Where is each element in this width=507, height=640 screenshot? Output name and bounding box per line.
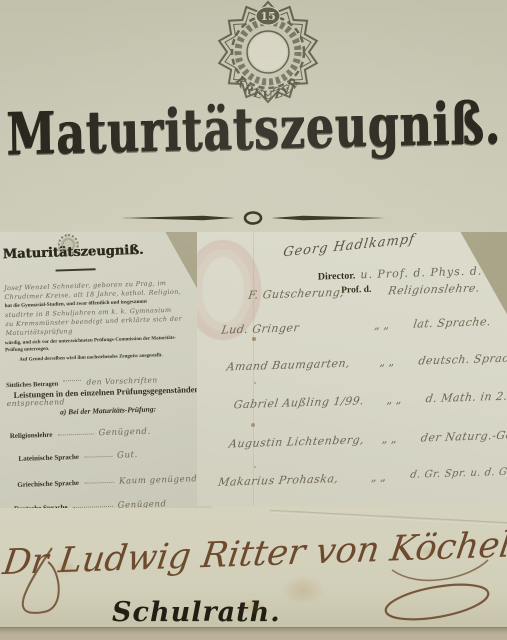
professor-name: Amand Baumgarten,	[226, 356, 356, 373]
signature-row: F. Gutscherung, Prof. d. Religionslehre.	[248, 282, 480, 302]
director-signature: Georg Hadlkampf	[282, 232, 416, 261]
divider-ornament-icon	[103, 205, 403, 231]
subject-row: Lateinische Sprache Gut.	[4, 440, 214, 466]
dotted-leader	[72, 500, 112, 508]
director-line: Director. u. Prof. d. Phys. d.	[317, 259, 482, 283]
taught-subject: Religionslehre.	[387, 281, 480, 297]
taught-subject: deutsch. Sprache.	[418, 351, 507, 367]
dotted-leader	[84, 476, 114, 484]
signature-row: Gabriel Außling 1/99. „ „ d. Math. in 2.…	[234, 389, 507, 412]
koechel-signature: Dr Ludwig Ritter von Köchel	[0, 526, 505, 584]
ditto-marks: „ „	[367, 432, 411, 446]
taught-subject: lat. Sprache.	[412, 315, 491, 331]
subject-label: Deutsche Sprache	[14, 503, 68, 513]
dotted-leader	[57, 427, 93, 435]
dotted-leader	[63, 380, 81, 382]
document-photo: 15 KREUZER Maturitätszeugniß. Maturitäts…	[0, 0, 507, 640]
director-label: Director.	[318, 270, 356, 282]
revenue-stamp-icon: 15 KREUZER	[203, 0, 333, 106]
subject-grade: Gut.	[117, 450, 138, 461]
stain	[280, 575, 326, 605]
subject-row: Griechische Sprache Kaum genügend	[5, 466, 215, 492]
taught-subject: d. Gr. Spr. u. d. Gesch. u. Geog.	[409, 464, 507, 483]
professor-name: Augustin Lichtenberg,	[228, 433, 358, 450]
subject-label: Lateinische Sprache	[18, 453, 79, 463]
paper-crease	[270, 510, 507, 526]
professor-name: F. Gutscherung,	[247, 286, 325, 301]
director-note: u. Prof. d. Phys. d.	[360, 264, 482, 281]
ditto-marks: „ „	[372, 393, 416, 407]
taught-subject: der Naturg.-Gesch.	[420, 428, 507, 445]
subject-label: Griechische Sprache	[17, 479, 79, 489]
inset-signatures-page: Georg Hadlkampf Director. u. Prof. d. Ph…	[197, 232, 507, 506]
ditto-marks: „ „	[359, 318, 403, 332]
taught-subject: d. Math. in 2.7. Kl.	[425, 389, 507, 406]
subject-label: Religionslehre	[10, 431, 53, 440]
subject-row: Deutsche Sprache Genügend	[6, 490, 216, 516]
paper-bottom-edge	[0, 627, 507, 640]
signature-row: Augustin Lichtenberg, „ „ der Naturg.-Ge…	[229, 428, 507, 451]
subject-row: Religionslehre Genügend.	[3, 417, 213, 443]
issue-line: Auf Grund derselben wird ihm nachstehend…	[19, 352, 209, 363]
subject-grade: Kaum genügend	[119, 474, 198, 486]
signature-row: Makarius Prohaska, „ „ d. Gr. Spr. u. d.…	[218, 464, 507, 489]
professor-name: Gabriel Außling 1/99.	[233, 394, 363, 411]
intro-paragraph: Josef Wenzel Schneider, geboren zu Prag,…	[4, 278, 208, 338]
subject-grade: Genügend.	[98, 427, 151, 439]
title-rule	[56, 268, 96, 271]
role-title: Schulrath.	[112, 597, 281, 628]
page-title: Maturitätszeugniß.	[0, 90, 507, 169]
inner-title: Maturitätszeugniß.	[0, 243, 148, 263]
professor-name: Makarius Prohaska,	[217, 472, 347, 489]
professor-name: Lud. Gringer	[221, 320, 351, 337]
inset-grades-page: Maturitätszeugniß. Josef Wenzel Schneide…	[0, 232, 212, 508]
signature-row: Lud. Gringer „ „ lat. Sprache.	[221, 315, 491, 336]
dotted-leader	[84, 450, 112, 458]
ditto-marks: „ „	[364, 355, 408, 369]
subject-grade: Genügend	[118, 499, 167, 511]
stamp-star-icon: 15 KREUZER	[203, 0, 333, 106]
ditto-marks: „ „	[356, 470, 400, 484]
stamp-denomination: 15	[260, 10, 275, 23]
signature-row: Amand Baumgarten, „ „ deutsch. Sprache.	[226, 351, 507, 373]
